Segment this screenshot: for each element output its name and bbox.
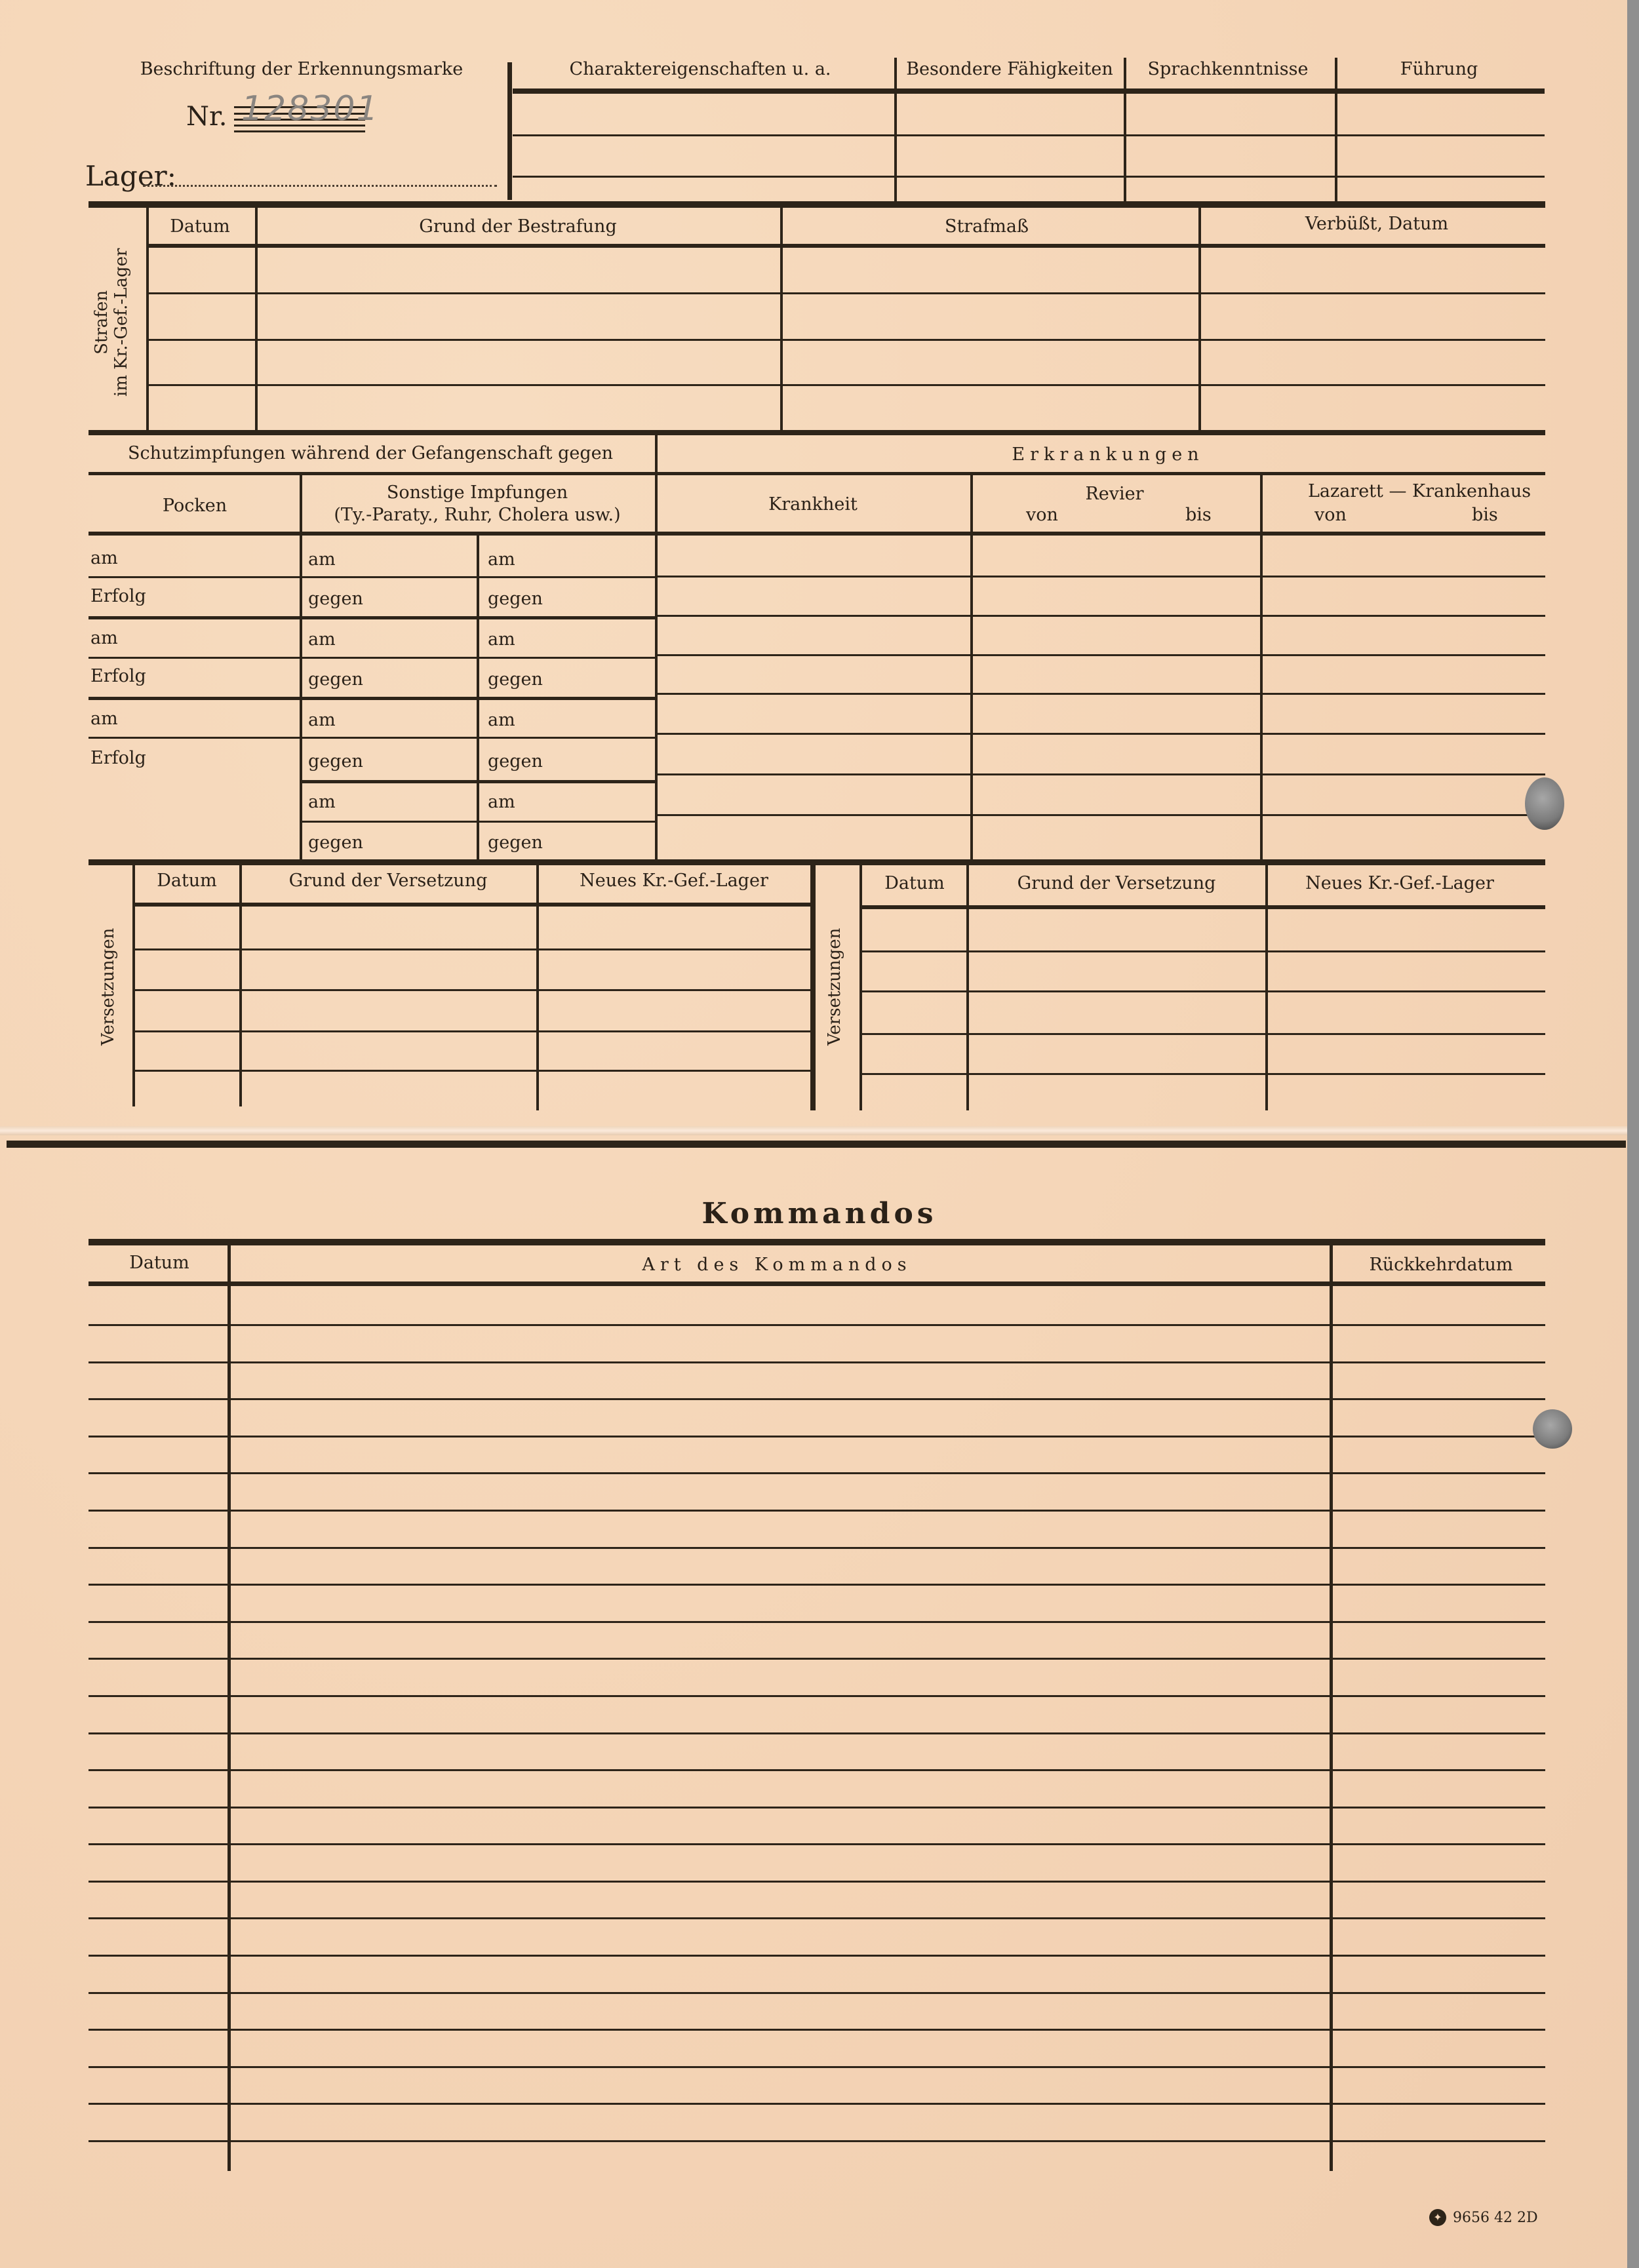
strafen-col-grund: Grund der Bestrafung — [419, 218, 616, 235]
erkrankungen-title: Erkrankungen — [1012, 446, 1204, 463]
rule — [7, 1141, 1626, 1148]
versetzungen-left-body[interactable] — [135, 907, 810, 1106]
kommandos-row-rule — [89, 1992, 1545, 1994]
kommandos-col-rueckkehr: Rückkehrdatum — [1369, 1256, 1512, 1274]
rule — [89, 201, 1545, 208]
pocken-label: Pocken — [163, 497, 227, 515]
revier-von-label: von — [1026, 506, 1058, 524]
kommandos-row-rule — [89, 2140, 1545, 2142]
divider — [227, 1245, 231, 2171]
lazarett-bis-label: bis — [1472, 506, 1498, 524]
rule — [89, 1239, 1545, 1245]
kommandos-row-rule — [89, 1695, 1545, 1697]
form-card: Beschriftung der Erkennungsmarke Nr. 128… — [0, 0, 1627, 2268]
kommandos-col-datum: Datum — [129, 1254, 189, 1272]
rule — [89, 1281, 1545, 1286]
strafen-side-label: Strafen im Kr.-Gef.-Lager — [92, 248, 131, 397]
kommandos-row-rule — [89, 1547, 1545, 1549]
strafen-col-strafmass: Strafmaß — [945, 218, 1029, 235]
kommandos-col-art: Art des Kommandos — [642, 1256, 911, 1274]
rule — [89, 472, 1545, 475]
kommandos-title: Kommandos — [701, 1200, 937, 1228]
kommandos-row-rule — [89, 2029, 1545, 2031]
strafen-col-datum: Datum — [170, 218, 230, 235]
kommandos-row-rule — [89, 1398, 1545, 1400]
lazarett-label: Lazarett — Krankenhaus — [1308, 482, 1531, 500]
punch-hole — [1525, 777, 1564, 830]
vers-l-col-grund: Grund der Versetzung — [289, 872, 488, 890]
kommandos-row-rule — [89, 1621, 1545, 1623]
versetzungen-side-label: Versetzungen — [825, 928, 844, 1046]
top-table-body[interactable] — [513, 94, 1545, 199]
rule — [89, 430, 1545, 435]
krankheit-label: Krankheit — [768, 496, 858, 513]
strafen-col-verbuesst: Verbüßt, Datum — [1305, 215, 1448, 233]
revier-label: Revier — [1085, 485, 1143, 503]
rule — [89, 859, 1545, 865]
col-sprachkenntnisse: Sprachkenntnisse — [1148, 60, 1309, 78]
kommandos-row-rule — [89, 1324, 1545, 1326]
lazarett-von-label: von — [1314, 506, 1347, 524]
vers-l-col-lager: Neues Kr.-Gef.-Lager — [580, 872, 768, 890]
sonstige-label: Sonstige Impfungen — [387, 484, 568, 501]
erkrankungen-table-body[interactable] — [658, 536, 1545, 859]
kommandos-row-rule — [89, 1732, 1545, 1734]
nr-label: Nr. — [186, 104, 227, 130]
strafen-table-body[interactable] — [149, 248, 1545, 431]
vers-r-col-datum: Datum — [884, 874, 945, 892]
col-fuehrung: Führung — [1400, 60, 1478, 78]
eagle-emblem-icon: ✦ — [1429, 2209, 1446, 2226]
kommandos-row-rule — [89, 1472, 1545, 1474]
kommandos-row-rule — [89, 1955, 1545, 1957]
kommandos-row-rule — [89, 2066, 1545, 2068]
versetzungen-side-label: Versetzungen — [98, 928, 118, 1046]
print-code: 9656 42 2D — [1453, 2210, 1538, 2226]
versetzungen-right-body[interactable] — [862, 909, 1545, 1109]
impfungen-title: Schutzimpfungen während der Gefangenscha… — [128, 444, 613, 462]
divider — [1330, 1245, 1333, 2171]
kommandos-row-rule — [89, 1658, 1545, 1660]
kommandos-row-rule — [89, 1510, 1545, 1512]
vers-r-col-lager: Neues Kr.-Gef.-Lager — [1305, 874, 1494, 892]
kommandos-row-rule — [89, 1881, 1545, 1883]
rule — [513, 88, 1545, 94]
vers-r-col-grund: Grund der Versetzung — [1017, 874, 1216, 892]
kommandos-row-rule — [89, 1436, 1545, 1437]
divider — [813, 864, 816, 1110]
punch-hole — [1533, 1409, 1572, 1449]
kommandos-row-rule — [89, 1584, 1545, 1586]
tag-label: Beschriftung der Erkennungsmarke — [140, 60, 464, 78]
lager-field[interactable] — [143, 185, 497, 187]
vers-l-col-datum: Datum — [157, 872, 217, 890]
kommandos-row-rule — [89, 2103, 1545, 2105]
kommandos-row-rule — [89, 1843, 1545, 1845]
divider — [507, 62, 512, 200]
revier-bis-label: bis — [1185, 506, 1212, 524]
nr-value-handwritten: 128301 — [241, 92, 380, 126]
kommandos-row-rule — [89, 1769, 1545, 1771]
kommandos-row-rule — [89, 1807, 1545, 1809]
kommandos-row-rule — [89, 1361, 1545, 1363]
col-faehigkeiten: Besondere Fähigkeiten — [906, 60, 1113, 78]
fold-crease — [0, 1126, 1627, 1135]
impfungen-table-body[interactable] — [89, 536, 655, 859]
kommandos-row-rule — [89, 1917, 1545, 1919]
print-mark: ✦ 9656 42 2D — [1429, 2209, 1538, 2226]
col-charakter: Charaktereigenschaften u. a. — [569, 60, 831, 78]
sonstige-sublabel: (Ty.-Paraty., Ruhr, Cholera usw.) — [334, 506, 620, 524]
